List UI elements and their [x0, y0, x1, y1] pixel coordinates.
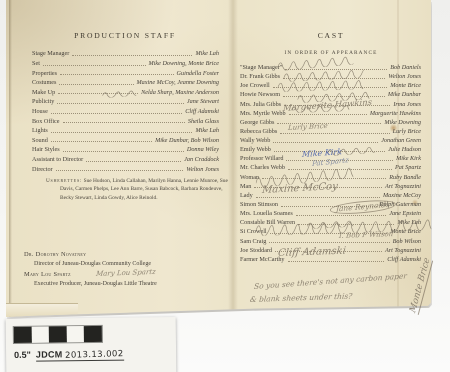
label-card-text: 0.5"JDCM2013.13.002	[14, 349, 124, 361]
cast-row: Wally WebbJonathan Green	[240, 135, 421, 144]
cast-row: Professor WillardMike Kirk	[240, 153, 421, 162]
dotted-leader	[275, 251, 382, 252]
dotted-leader	[280, 133, 389, 134]
dotted-leader	[273, 87, 388, 88]
role-label: Director	[32, 167, 53, 173]
cast-row: Joe CrowellMonte Brice	[240, 80, 421, 89]
cast-row: Dr. Frank GibbsWelton Jones	[240, 71, 421, 80]
dotted-leader	[289, 114, 367, 115]
dotted-leader	[274, 151, 385, 152]
cast-row: George GibbsMike Downing	[240, 117, 421, 126]
person-name: Cliff Adamski	[387, 257, 421, 263]
staff-row: PublicityJane Stewart	[32, 96, 219, 106]
dotted-leader	[58, 93, 138, 94]
dotted-leader	[277, 123, 381, 124]
dotted-leader	[285, 69, 387, 70]
dotted-leader	[56, 170, 184, 171]
dotted-leader	[283, 96, 385, 97]
center-fold	[228, 0, 238, 317]
usherettes-names: Sue Hudson, Linda Callahan, Marilyn Hann…	[60, 178, 228, 201]
credit-name: Dr. Dorothy Novatney	[24, 252, 224, 258]
cast-rows: "Stage Manager"Bob DanielsDr. Frank Gibb…	[240, 62, 421, 263]
dotted-leader	[283, 78, 385, 79]
dotted-leader	[269, 242, 389, 243]
credit-title: Director of Juneau-Douglas Community Col…	[34, 261, 224, 267]
role-label: Farmer McCarthy	[240, 257, 285, 263]
staff-row: Assistant to DirectorJan Craddock	[32, 154, 219, 164]
cast-row: Mr. Charles WebbPat Spartz	[240, 163, 421, 172]
cast-row: ManArt Tognazzini	[240, 181, 421, 190]
dotted-leader	[60, 74, 173, 75]
dotted-leader	[296, 215, 386, 216]
cast-row: Mrs. Julia GibbsIrma Jones	[240, 99, 421, 108]
usherettes-label: Usherettes:	[46, 178, 82, 184]
dotted-leader	[281, 206, 377, 207]
dotted-leader	[51, 141, 152, 142]
cast-row: Simon StimsonRalph Guterman	[240, 199, 421, 208]
cast-row: Si CrowellMonte Brice	[240, 227, 421, 236]
dotted-leader	[256, 197, 380, 198]
cast-row: "Stage Manager"Bob Daniels	[240, 62, 421, 71]
production-staff-rows: Stage ManagerMike LahSetMike Downing, Mo…	[32, 48, 219, 173]
accession-number: 2013.13.002	[65, 349, 124, 361]
cast-row: Joe StoddardArt Tognazzini	[240, 245, 421, 254]
dotted-leader	[63, 122, 185, 123]
cast-title: CAST	[240, 31, 422, 40]
dotted-leader	[273, 142, 378, 143]
cast-row: Mrs. Myrtle WebbMarguerite Hawkins	[240, 108, 421, 117]
cast-subtitle: IN ORDER OF APPEARANCE	[240, 50, 422, 56]
cast-row: Rebecca GibbsLurly Brice	[240, 126, 421, 135]
dotted-leader	[254, 187, 382, 188]
scale-measure-label: 0.5"	[14, 350, 31, 360]
credits-block: Dr. Dorothy Novatney Director of Juneau-…	[24, 252, 224, 292]
dotted-leader	[51, 132, 193, 133]
dotted-leader	[43, 65, 146, 66]
scale-bar-segment	[66, 326, 84, 342]
dotted-leader	[286, 160, 393, 161]
dotted-leader	[72, 55, 192, 56]
museum-code: JDCM	[36, 349, 63, 359]
dotted-leader	[288, 261, 385, 262]
museum-label-card: 0.5"JDCM2013.13.002	[6, 317, 177, 372]
staff-row: Make UpNelda Sharp, Maxine Anderson	[32, 86, 219, 96]
scale-bar-segment	[84, 326, 102, 342]
scale-bar-segment	[49, 326, 67, 342]
scale-bar	[13, 325, 103, 344]
dotted-leader	[270, 233, 388, 234]
cast-row: Mrs. Louella SoamesJane Epstein	[240, 208, 421, 217]
staff-row: Stage ManagerMike Lah	[32, 48, 219, 58]
credit-title: Executive Producer, Juneau-Douglas Littl…	[34, 281, 224, 287]
scale-bar-segment	[14, 327, 32, 343]
cast-row: Sam CraigBob Wilson	[240, 236, 421, 245]
staff-row: SetMike Downing, Monte Brice	[32, 58, 219, 68]
staff-row: Box OfficeSheila Glass	[32, 115, 219, 125]
paper-left-edge	[9, 0, 12, 317]
cast-row: Emily WebbJulie Hudson	[240, 144, 421, 153]
production-staff-title: PRODUCTION STAFF	[32, 31, 218, 40]
staff-row: HouseCliff Adamski	[32, 106, 219, 116]
cast-row: Howie NewsomMike Dunbar	[240, 89, 421, 98]
staff-row: Hair StylesDonna Wiley	[32, 144, 219, 154]
dotted-leader	[284, 105, 390, 106]
dotted-leader	[288, 169, 392, 170]
dotted-leader	[86, 161, 181, 162]
staff-row: LightsMike Lah	[32, 125, 219, 135]
scale-bar-segment	[31, 327, 49, 343]
staff-row: SoundMike Dunbar, Bob Wilson	[32, 134, 219, 144]
usherettes-block: Usherettes: Sue Hudson, Linda Callahan, …	[46, 177, 228, 202]
staff-row: PropertiesGuindella Foster	[32, 67, 219, 77]
dotted-leader	[298, 224, 394, 225]
cast-row: WomanRuby Bandle	[240, 172, 421, 181]
staff-row: DirectorWelton Jones	[32, 163, 219, 173]
credit-name: Mary Lou Spartz	[24, 272, 224, 278]
cast-row: LadyMaxine McCoy	[240, 190, 421, 199]
dotted-leader	[57, 103, 184, 104]
dotted-leader	[262, 178, 386, 179]
staff-row: CostumesMaxine McCoy, Jeanne Downing	[32, 77, 219, 87]
program-booklet: PRODUCTION STAFF Stage ManagerMike LahSe…	[6, 0, 431, 317]
scanned-program-photo: PRODUCTION STAFF Stage ManagerMike LahSe…	[0, 0, 450, 372]
cast-row: Farmer McCarthyCliff Adamski	[240, 254, 421, 263]
dotted-leader	[59, 84, 133, 85]
dotted-leader	[51, 113, 182, 114]
cast-row: Constable Bill WarrenMike Lah	[240, 217, 421, 226]
dotted-leader	[63, 151, 184, 152]
person-name: Welton Jones	[186, 167, 219, 173]
